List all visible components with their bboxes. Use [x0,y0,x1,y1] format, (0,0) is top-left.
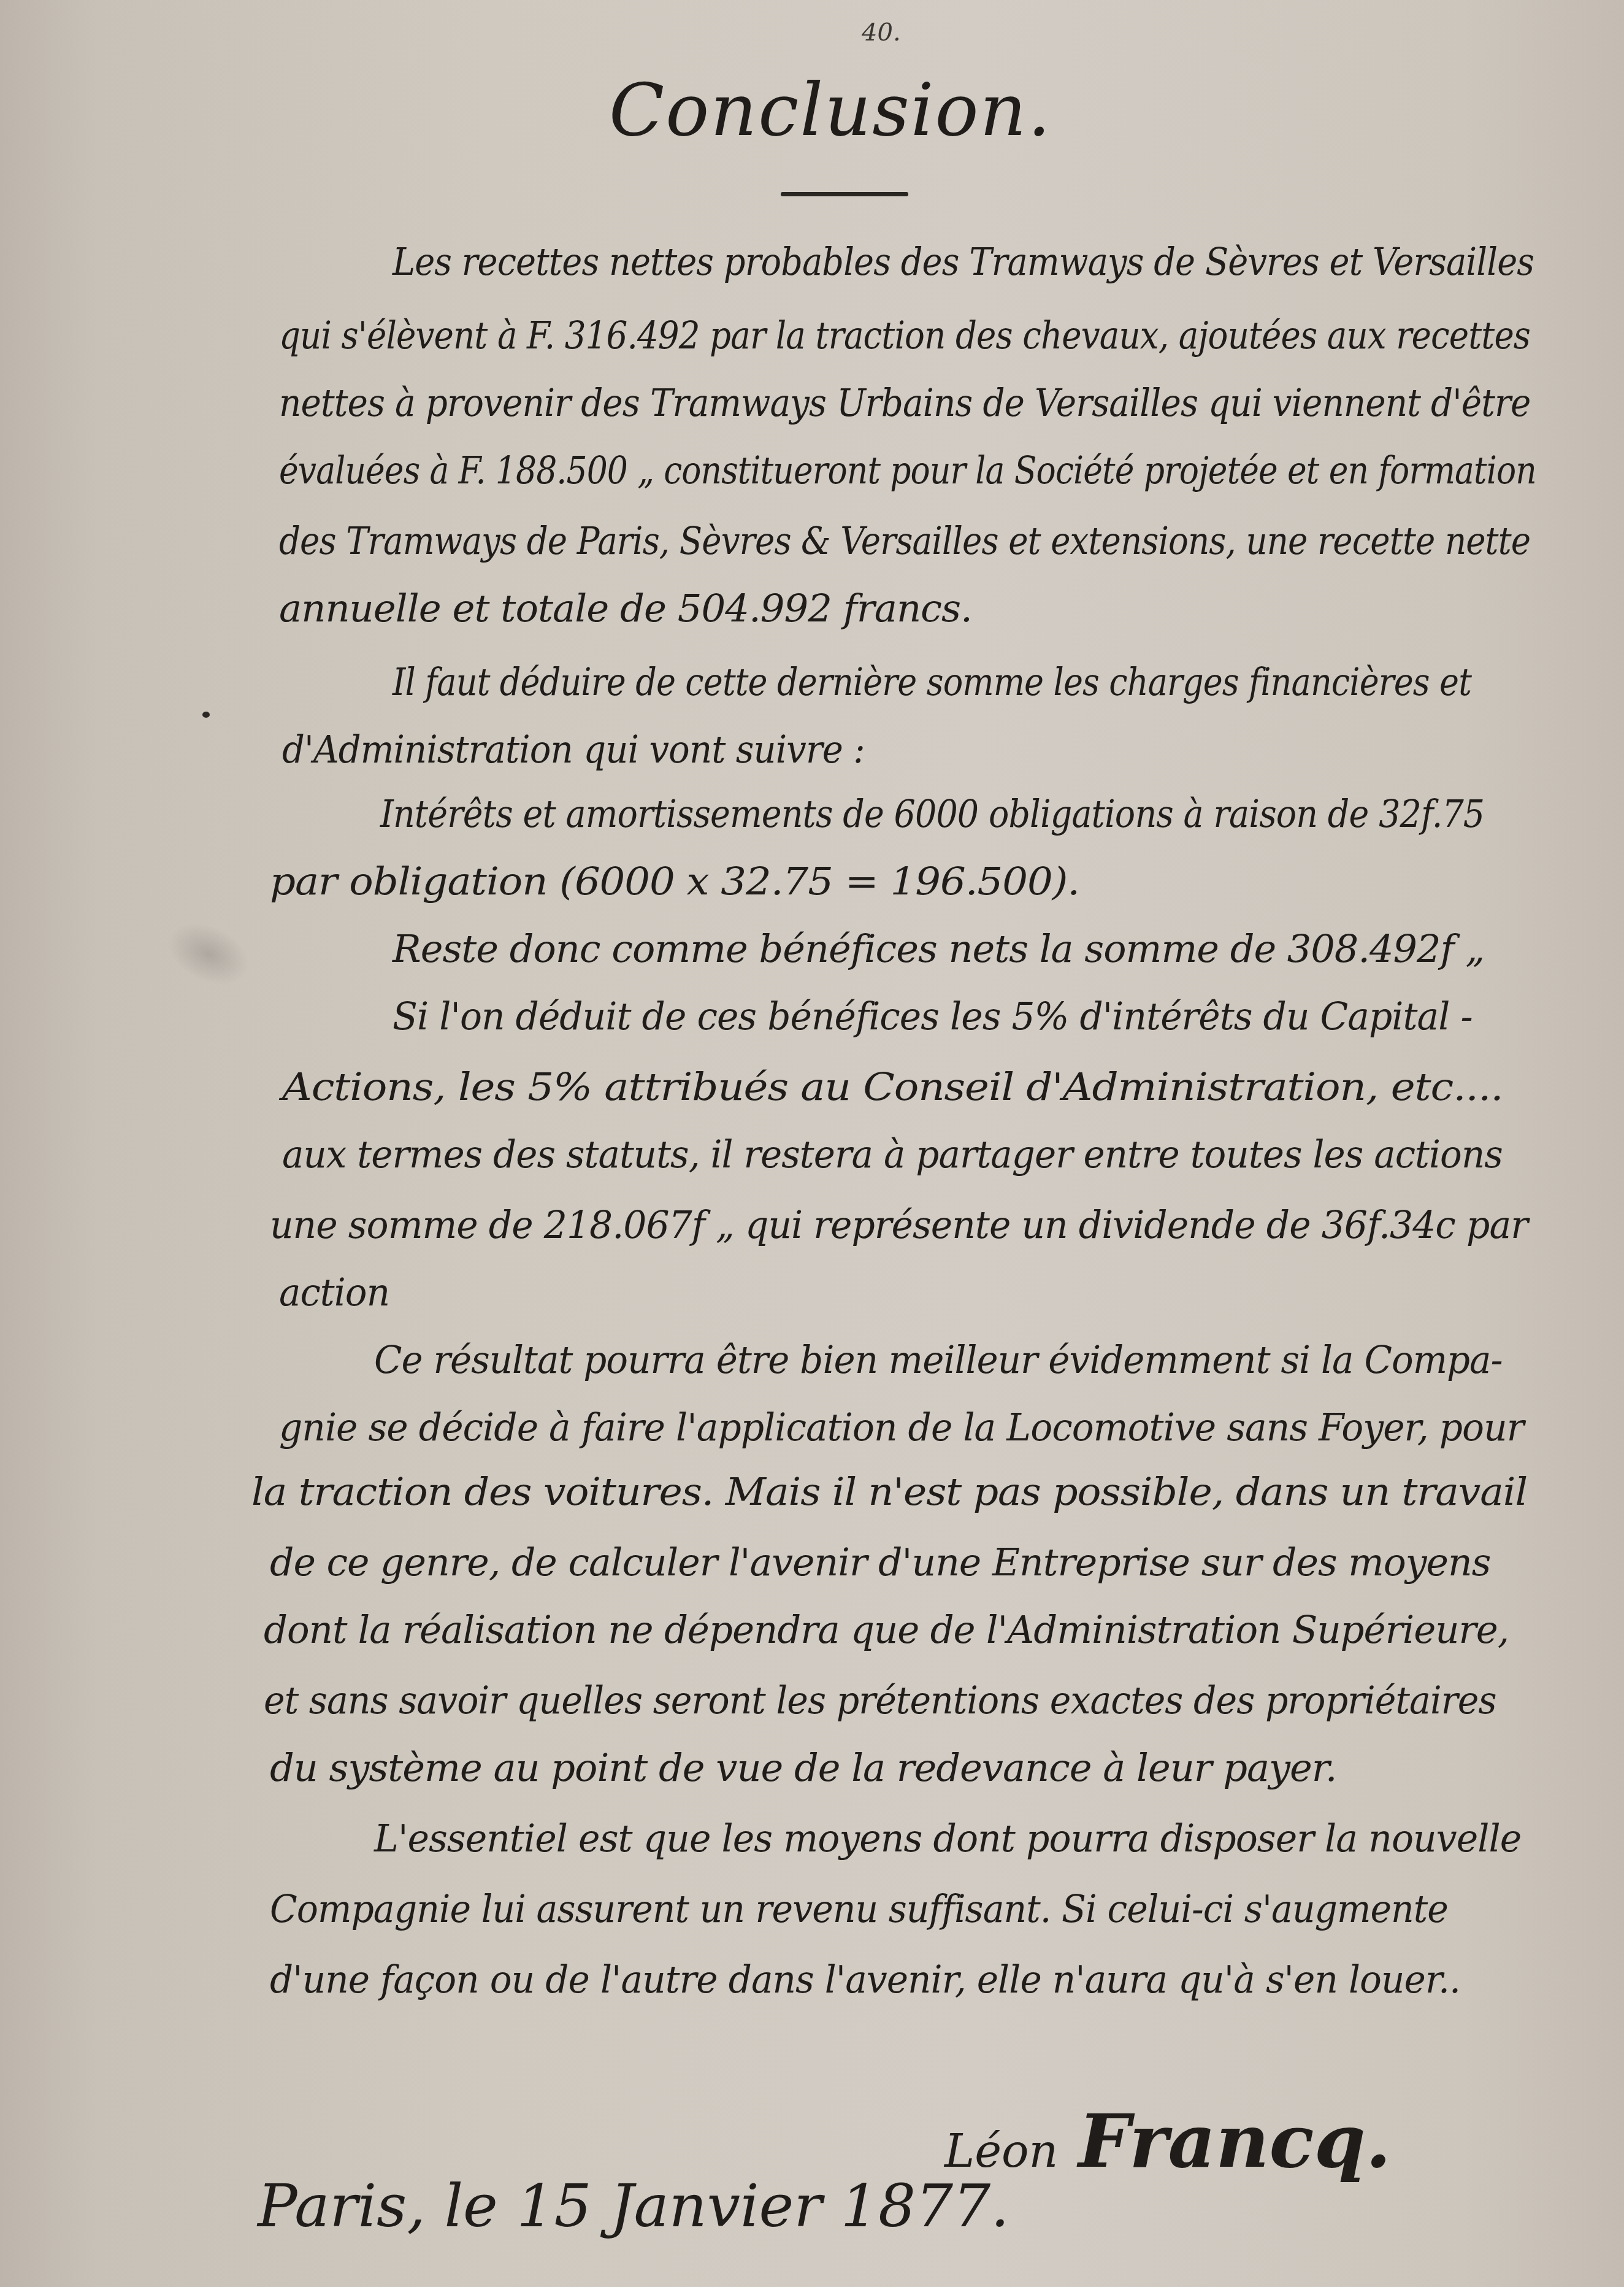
manuscript-line: Reste donc comme bénéfices nets la somme… [393,926,1484,971]
place-and-date: Paris, le 15 Janvier 1877. [258,2172,1009,2240]
manuscript-line: de ce genre, de calculer l'avenir d'une … [270,1540,1490,1585]
manuscript-line: nettes à provenir des Tramways Urbains d… [279,380,1531,425]
manuscript-line: et sans savoir quelles seront les préten… [264,1678,1496,1723]
manuscript-line: annuelle et totale de 504.992 francs. [279,586,972,631]
page-number: 40. [862,18,901,47]
manuscript-line: action [279,1270,389,1315]
signature: Léon Francq. [944,2098,1391,2185]
manuscript-line: dont la réalisation ne dépendra que de l… [264,1607,1509,1652]
page-title: Conclusion. [0,67,1624,152]
signature-first-name: Léon [944,2125,1058,2178]
manuscript-line: Compagnie lui assurent un revenu suffisa… [270,1886,1448,1931]
manuscript-line: qui s'élèvent à F. 316.492 par la tracti… [279,313,1530,358]
signature-last-name: Francq. [1078,2098,1391,2185]
manuscript-line: une somme de 218.067f „ qui représente u… [270,1202,1528,1247]
manuscript-line: Si l'on déduit de ces bénéfices les 5% d… [393,994,1473,1039]
ink-blot-mark [202,712,210,718]
manuscript-line: Ce résultat pourra être bien meilleur év… [374,1337,1503,1382]
manuscript-line: aux termes des statuts, il restera à par… [282,1132,1503,1177]
manuscript-line: d'Administration qui vont suivre : [282,727,865,772]
paper-smudge [158,911,259,997]
manuscript-line: par obligation (6000 x 32.75 = 196.500). [270,859,1079,904]
manuscript-line: Actions, les 5% attribués au Conseil d'A… [282,1064,1503,1109]
manuscript-line: Intérêts et amortissements de 6000 oblig… [380,791,1484,836]
manuscript-line: gnie se décide à faire l'application de … [279,1405,1523,1450]
manuscript-line: Les recettes nettes probables des Tramwa… [393,239,1534,284]
manuscript-line: la traction des voitures. Mais il n'est … [251,1469,1527,1514]
manuscript-line: du système au point de vue de la redevan… [270,1745,1336,1790]
manuscript-line: Il faut déduire de cette dernière somme … [393,659,1471,704]
manuscript-line: des Tramways de Paris, Sèvres & Versaill… [279,518,1530,563]
manuscript-line: d'une façon ou de l'autre dans l'avenir,… [270,1957,1460,2002]
manuscript-line: L'essentiel est que les moyens dont pour… [374,1816,1521,1861]
title-underline-divider [781,192,908,196]
manuscript-line: évaluées à F. 188.500 „ constitueront po… [279,448,1536,493]
